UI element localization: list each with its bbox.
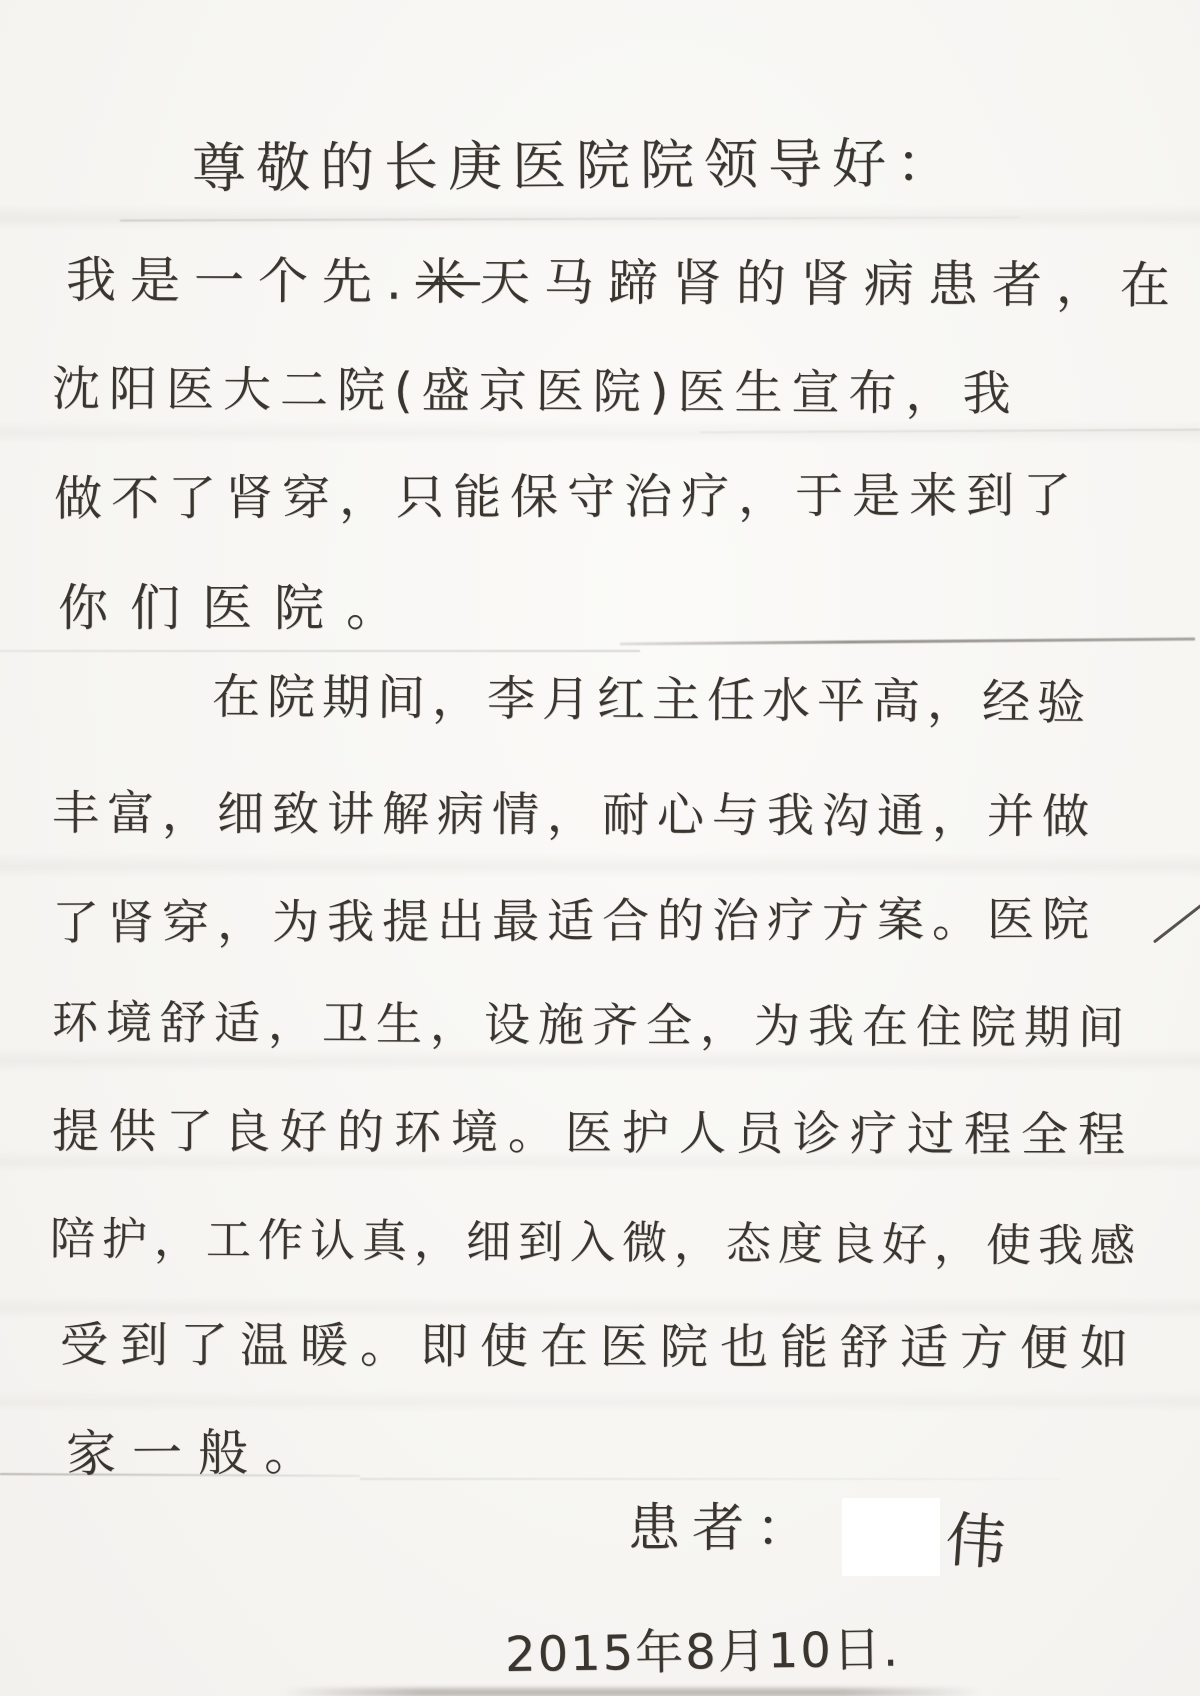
body-line-11: 受到了温暖。即使在医院也能舒适方便如 (60, 1306, 1140, 1379)
paper-crease (120, 216, 1020, 221)
body-line-2: 沈阳医大二院(盛京医院)医生宣布，我 (52, 350, 1020, 424)
body-line-5: 在院期间，李月红主任水平高，经验 (212, 658, 1092, 733)
paper-fold-shadow (0, 1390, 1200, 1412)
paper-crease (360, 1478, 1060, 1480)
paper-fold-shadow (0, 420, 1200, 444)
strikethrough-character: 米 (416, 253, 480, 311)
signature-label: 患者： (628, 1486, 820, 1561)
body-line-1-segment: 天马蹄肾的肾病患者，在 (480, 253, 1184, 315)
body-line-1: 我是一个先.米天马蹄肾的肾病患者，在 (66, 240, 1184, 318)
body-line-3: 做不了肾穿，只能保守治疗，于是来到了 (54, 456, 1080, 529)
stray-pen-stroke (1153, 896, 1200, 944)
scan-edge-shadow (280, 1688, 980, 1696)
paper-crease (700, 429, 1200, 434)
body-line-1-segment: 我是一个先. (66, 251, 416, 311)
salutation-line: 尊敬的长庚医院院领导好： (192, 121, 961, 203)
body-line-4: 你们医院。 (58, 568, 418, 640)
redacted-name-box (842, 1498, 940, 1576)
paper-crease (0, 650, 640, 652)
paper-fold-shadow (0, 852, 1200, 878)
body-line-12: 家一般。 (66, 1412, 330, 1486)
body-line-8: 环境舒适，卫生，设施齐全，为我在住院期间 (52, 986, 1132, 1058)
paper-fold-shadow (0, 204, 1200, 230)
body-line-6: 丰富，细致讲解病情，耐心与我沟通，并做 (52, 776, 1097, 847)
signature-name: 伟 (943, 1492, 1009, 1582)
body-line-9: 提供了良好的环境。医护人员诊疗过程全程 (52, 1094, 1135, 1165)
handwritten-letter-page: 尊敬的长庚医院院领导好： 我是一个先.米天马蹄肾的肾病患者，在 沈阳医大二院(盛… (0, 0, 1200, 1696)
body-line-7: 了肾穿，为我提出最适合的治疗方案。医院 (52, 882, 1097, 953)
body-line-10: 陪护，工作认真，细到入微，态度良好，使我感 (50, 1202, 1142, 1275)
date-line: 2015年8月10日. (505, 1610, 901, 1685)
paper-crease (620, 637, 1195, 645)
